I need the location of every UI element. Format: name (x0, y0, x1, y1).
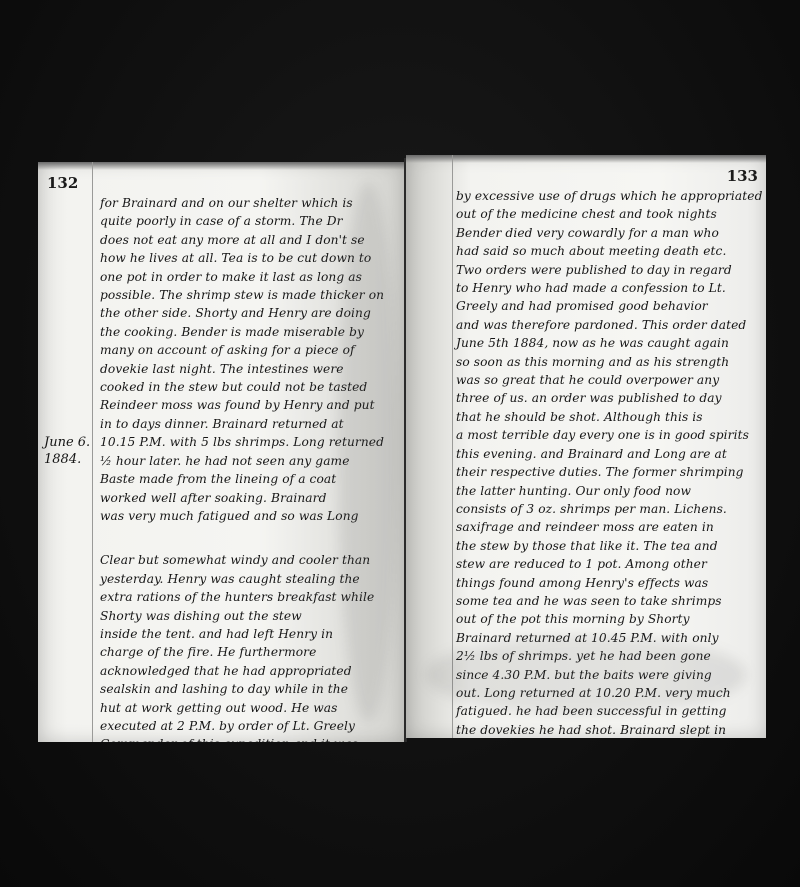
right-page: 133 by excessive use of drugs which he a… (406, 155, 766, 738)
text-line: the stew by those that like it. The tea … (456, 537, 760, 555)
text-line: the dovekies he had shot. Brainard slept… (456, 721, 760, 738)
margin-rule (452, 155, 453, 738)
text-line: some tea and he was seen to take shrimps (456, 592, 760, 610)
margin-date-day: June 6. (44, 434, 90, 451)
text-line: and was therefore pardoned. This order d… (456, 316, 760, 334)
text-line: their respective duties. The former shri… (456, 463, 760, 481)
page-number-right: 133 (727, 167, 758, 185)
text-line: saxifrage and reindeer moss are eaten in (456, 518, 760, 536)
text-line: by excessive use of drugs which he appro… (456, 187, 760, 205)
text-line: Greely and had promised good behavior (456, 297, 760, 315)
margin-rule (92, 162, 93, 742)
text-line: a most terrible day every one is in good… (456, 426, 760, 444)
text-line: out of the medicine chest and took night… (456, 205, 760, 223)
open-journal: 132 June 6. 1884. for Brainard and on ou… (34, 152, 770, 746)
text-line: executed at 2 P.M. by order of Lt. Greel… (100, 717, 402, 735)
margin-date-year: 1884. (44, 451, 90, 468)
scan-background: 132 June 6. 1884. for Brainard and on ou… (0, 0, 800, 887)
gutter-shadow (338, 182, 398, 722)
text-line: Commander of this expedition and it was (100, 735, 402, 742)
text-line: three of us. an order was published to d… (456, 389, 760, 407)
text-line: stew are reduced to 1 pot. Among other (456, 555, 760, 573)
water-stain (426, 635, 746, 715)
text-line: Two orders were published to day in rega… (456, 261, 760, 279)
text-line: June 5th 1884, now as he was caught agai… (456, 334, 760, 352)
text-line: things found among Henry's effects was (456, 574, 760, 592)
text-line: to Henry who had made a confession to Lt… (456, 279, 760, 297)
text-line: that he should be shot. Although this is (456, 408, 760, 426)
text-line: Bender died very cowardly for a man who (456, 224, 760, 242)
text-line: had said so much about meeting death etc… (456, 242, 760, 260)
margin-date-note: June 6. 1884. (44, 434, 90, 468)
page-number-left: 132 (47, 174, 78, 192)
text-line: so soon as this morning and as his stren… (456, 353, 760, 371)
text-line: was so great that he could overpower any (456, 371, 760, 389)
text-line: consists of 3 oz. shrimps per man. Liche… (456, 500, 760, 518)
text-line: this evening. and Brainard and Long are … (456, 445, 760, 463)
left-page: 132 June 6. 1884. for Brainard and on ou… (38, 162, 406, 742)
text-line: out of the pot this morning by Shorty (456, 610, 760, 628)
text-line: the latter hunting. Our only food now (456, 482, 760, 500)
